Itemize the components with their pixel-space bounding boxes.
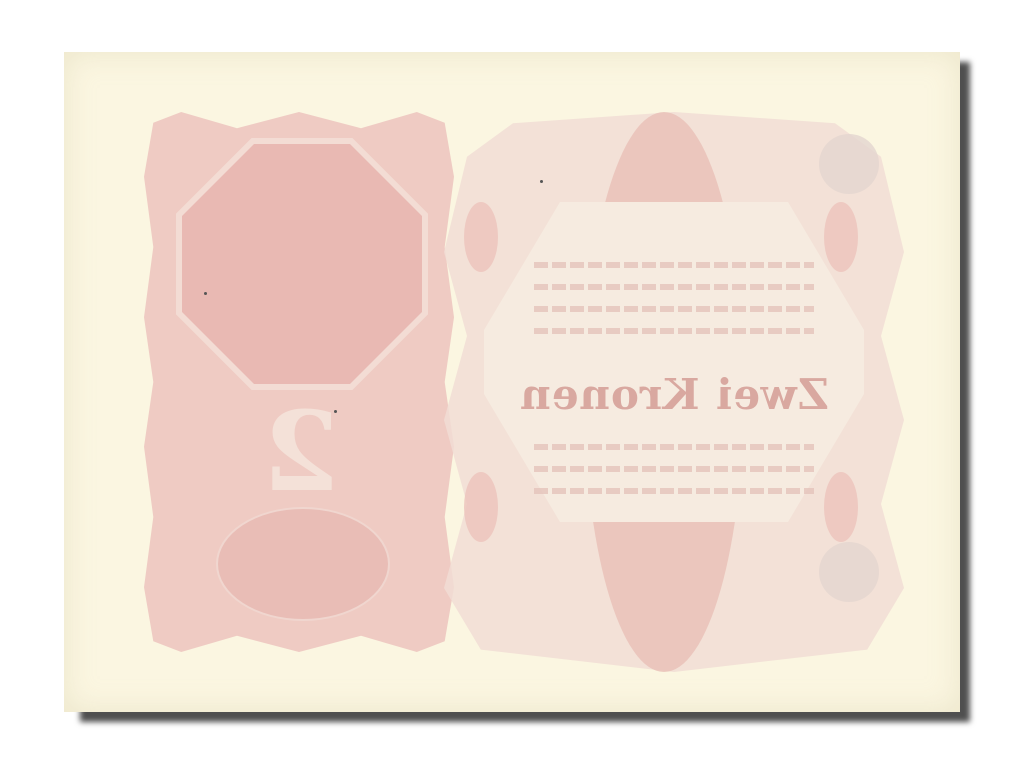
fine-print-line <box>534 306 814 312</box>
fine-print-line <box>534 488 814 494</box>
medallion <box>216 507 390 621</box>
corner-rosette <box>819 134 879 194</box>
speck <box>334 410 337 413</box>
fine-print-line <box>534 444 814 450</box>
ornament <box>824 472 858 542</box>
ornament <box>824 202 858 272</box>
denomination-title: Zwei Kronen <box>484 370 864 419</box>
corner-rosette <box>819 542 879 602</box>
fine-print-line <box>534 466 814 472</box>
speck <box>204 292 207 295</box>
fine-print-line <box>534 284 814 290</box>
fine-print-line <box>534 262 814 268</box>
ornament <box>464 472 498 542</box>
text-field <box>484 202 864 522</box>
ornament <box>464 202 498 272</box>
denomination-numeral: 2 <box>269 387 339 516</box>
fine-print-line <box>534 328 814 334</box>
octagon-vignette <box>182 144 422 384</box>
banknote: 2 Zwei Kronen <box>64 52 960 712</box>
speck <box>540 180 543 183</box>
